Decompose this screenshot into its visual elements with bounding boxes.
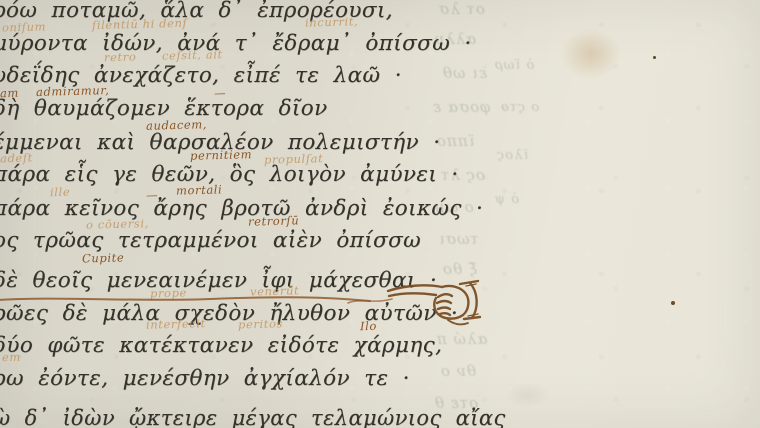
greek-line: δὴ θαυμάζομεν ἕκτορα δῖον [0,96,328,121]
interlinear-gloss: em [2,350,21,364]
interlinear-gloss: Cupite [82,250,125,265]
show-through-fragment: αλώ π [436,330,488,348]
show-through-fragment: ει ωθ [442,64,487,82]
underline-mark-icon [0,292,404,308]
show-through-fragment: ὸ ϊωρ [494,58,534,73]
greek-line: δύο φῶτε κατέκτανεν εἰδότε χάρμης, [0,333,442,358]
interlinear-gloss: oniſum [2,19,47,34]
show-through-fragment: ο ςτο [500,100,539,115]
greek-line: πάρα κεῖνος ἄρης βροτῶ ἀνδρὶ ἐοικώς · [0,196,483,221]
ink-speck [671,301,675,305]
greek-line: μύροντα ἰδών, ἀνά τ᾽ ἔδραμ᾽ ὀπίσσω · [0,31,472,56]
interlinear-gloss: audacem, [146,117,207,133]
show-through-fragment: τωσι [438,230,479,248]
ink-speck [653,56,656,59]
greek-line-partial: ὼ δ᾽ ἰδὼν ᾤκτειρε μέγας τελαμώνιος αἴας [0,406,506,428]
interlinear-gloss: retrorſū [248,213,300,228]
interlinear-gloss: — [146,188,158,202]
interlinear-gloss: admiramur, [36,83,110,99]
show-through-fragment: οτ λσ [438,0,485,18]
paper-smudge [505,382,551,408]
show-through-fragment: ὸ ψ [494,192,519,207]
show-through-fragment: φοσα ε [432,98,491,116]
greek-line: ος τρῶας τετραμμένοι αἰὲν ὀπίσσω [0,228,421,253]
show-through-fragment: θν ο [440,362,476,380]
interlinear-gloss: propulſat [264,151,324,167]
interlinear-gloss: pernitiem [190,147,253,163]
greek-line-underlined: δὲ θεοῖς μενεαινέμεν ἶφι μάχεσθαι · [0,268,437,293]
interlinear-gloss: — [214,86,226,100]
interlinear-gloss: am [0,86,19,100]
interlinear-gloss: retro [104,50,137,65]
show-through-fragment: ϊλος [496,148,528,163]
interlinear-gloss: ſilentiū hi denſ [92,16,188,32]
manicule-icon [386,272,482,328]
interlinear-gloss: o cōuersi, [86,216,149,232]
greek-line: πάρα εἷς γε θεῶν, ὃς λοιγὸν ἀμύνει · [0,162,459,187]
greek-line: ρω ἐόντε, μενέσθην ἀγχίαλόν τε · [0,366,410,391]
interlinear-gloss: interfecit [146,316,206,332]
show-through-fragment: ϊππο [436,132,475,150]
paper-stain [560,28,622,80]
manuscript-page: οτ λσ αλλυ ει ωθ φοσα ε ϊππο ος λτ ο ωμ … [0,0,760,428]
interlinear-gloss: adeſt [0,151,33,166]
interlinear-gloss: mortali [176,182,223,197]
interlinear-gloss: ceſsit, ait [162,47,223,63]
interlinear-gloss: Ilo [360,319,377,333]
interlinear-gloss: incurrit, [305,14,359,29]
interlinear-gloss: peritos [238,316,283,331]
interlinear-gloss: ille [50,185,71,200]
